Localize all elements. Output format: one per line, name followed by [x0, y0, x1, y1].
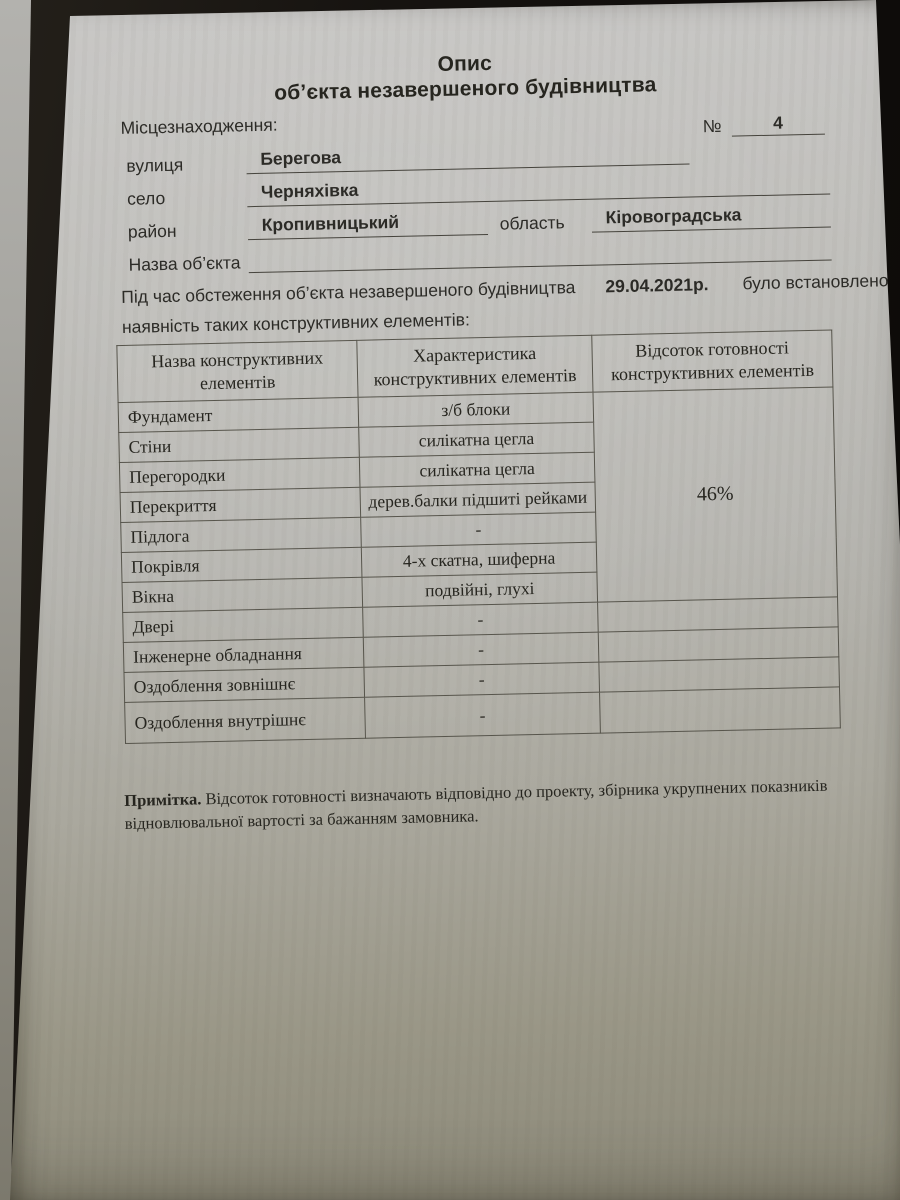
number-label: № — [702, 116, 721, 137]
village-value: Черняхівка — [247, 170, 830, 208]
construction-elements-table: Назва конструктивних елементів Характери… — [116, 330, 841, 745]
location-label: Місцезнаходження: — [120, 115, 277, 138]
survey-statement: Під час обстеження об’єкта незавершеного… — [107, 272, 832, 309]
street-label: вулиця — [126, 153, 246, 177]
table-body: Фундаментз/б блоки46%Стінисилікатна цегл… — [118, 387, 840, 744]
footnote-text: Відсоток готовності визначають відповідн… — [125, 776, 828, 833]
survey-suffix: було встановлено — [742, 270, 888, 293]
paper-document: Опис об’єкта незавершеного будівництва М… — [0, 0, 900, 1200]
street-value: Берегова — [246, 140, 689, 175]
header-readiness: Відсоток готовності конструктивних елеме… — [592, 330, 833, 392]
readiness-empty-cell — [600, 687, 841, 733]
element-characteristic-cell: - — [365, 692, 601, 738]
photo-background: Опис об’єкта незавершеного будівництва М… — [0, 0, 900, 1200]
document-title: Опис об’єкта незавершеного будівництва — [102, 41, 828, 110]
survey-prefix: Під час обстеження об’єкта незавершеного… — [121, 277, 576, 307]
object-name-label: Назва об’єкта — [128, 252, 248, 276]
object-name-value — [248, 236, 831, 274]
footnote: Примітка. Відсоток готовності визначають… — [124, 775, 831, 836]
document-content: Опис об’єкта незавершеного будівництва М… — [102, 41, 844, 836]
district-label: район — [128, 219, 248, 243]
header-characteristic: Характеристика конструктивних елементів — [357, 335, 593, 397]
number-value: 4 — [731, 112, 825, 137]
header-element-name: Назва конструктивних елементів — [117, 340, 358, 402]
region-label: область — [488, 212, 592, 235]
region-value: Кіровоградська — [591, 203, 830, 233]
element-name-cell: Оздоблення внутрішнє — [125, 697, 366, 743]
number-field: № 4 — [702, 112, 824, 138]
district-value: Кропивницький — [248, 210, 488, 240]
village-label: село — [127, 186, 247, 210]
footnote-label: Примітка. — [124, 789, 201, 810]
survey-date: 29.04.2021р. — [605, 274, 709, 296]
object-name-row: Назва об’єкта — [106, 236, 831, 277]
readiness-value-cell: 46% — [593, 387, 838, 602]
